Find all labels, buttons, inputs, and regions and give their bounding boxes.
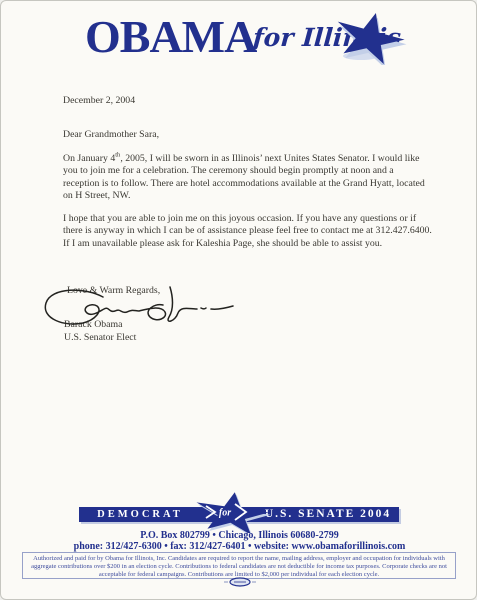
disclaimer-box: Authorized and paid for by Obama for Ill…: [22, 552, 456, 579]
letter-paragraph-2: I hope that you are able to join me on t…: [63, 213, 435, 250]
letter-date: December 2, 2004: [63, 95, 135, 107]
letter-paragraph-1: On January 4th, 2005, I will be sworn in…: [63, 153, 429, 203]
logo-obama: OBAMA: [85, 14, 256, 60]
star-icon: [331, 7, 411, 65]
banner-for-word: for: [219, 508, 231, 519]
banner-senate-label: U.S. SENATE 2004: [257, 508, 399, 521]
signature: [37, 281, 237, 335]
paragraph-text: On January 4: [63, 153, 115, 164]
letter-scan: OBAMA for Illinois December 2, 2004 Dear…: [0, 0, 477, 600]
contact-line: phone: 312/427-6300 • fax: 312/427-6401 …: [1, 541, 477, 552]
letter-greeting: Dear Grandmother Sara,: [63, 129, 159, 141]
union-bug-icon: [222, 577, 258, 587]
paragraph-text: , 2005, I will be sworn in as Illinois’ …: [63, 153, 425, 201]
banner-star-icon: for: [194, 491, 272, 533]
banner-democrat-label: DEMOCRAT: [80, 509, 200, 521]
